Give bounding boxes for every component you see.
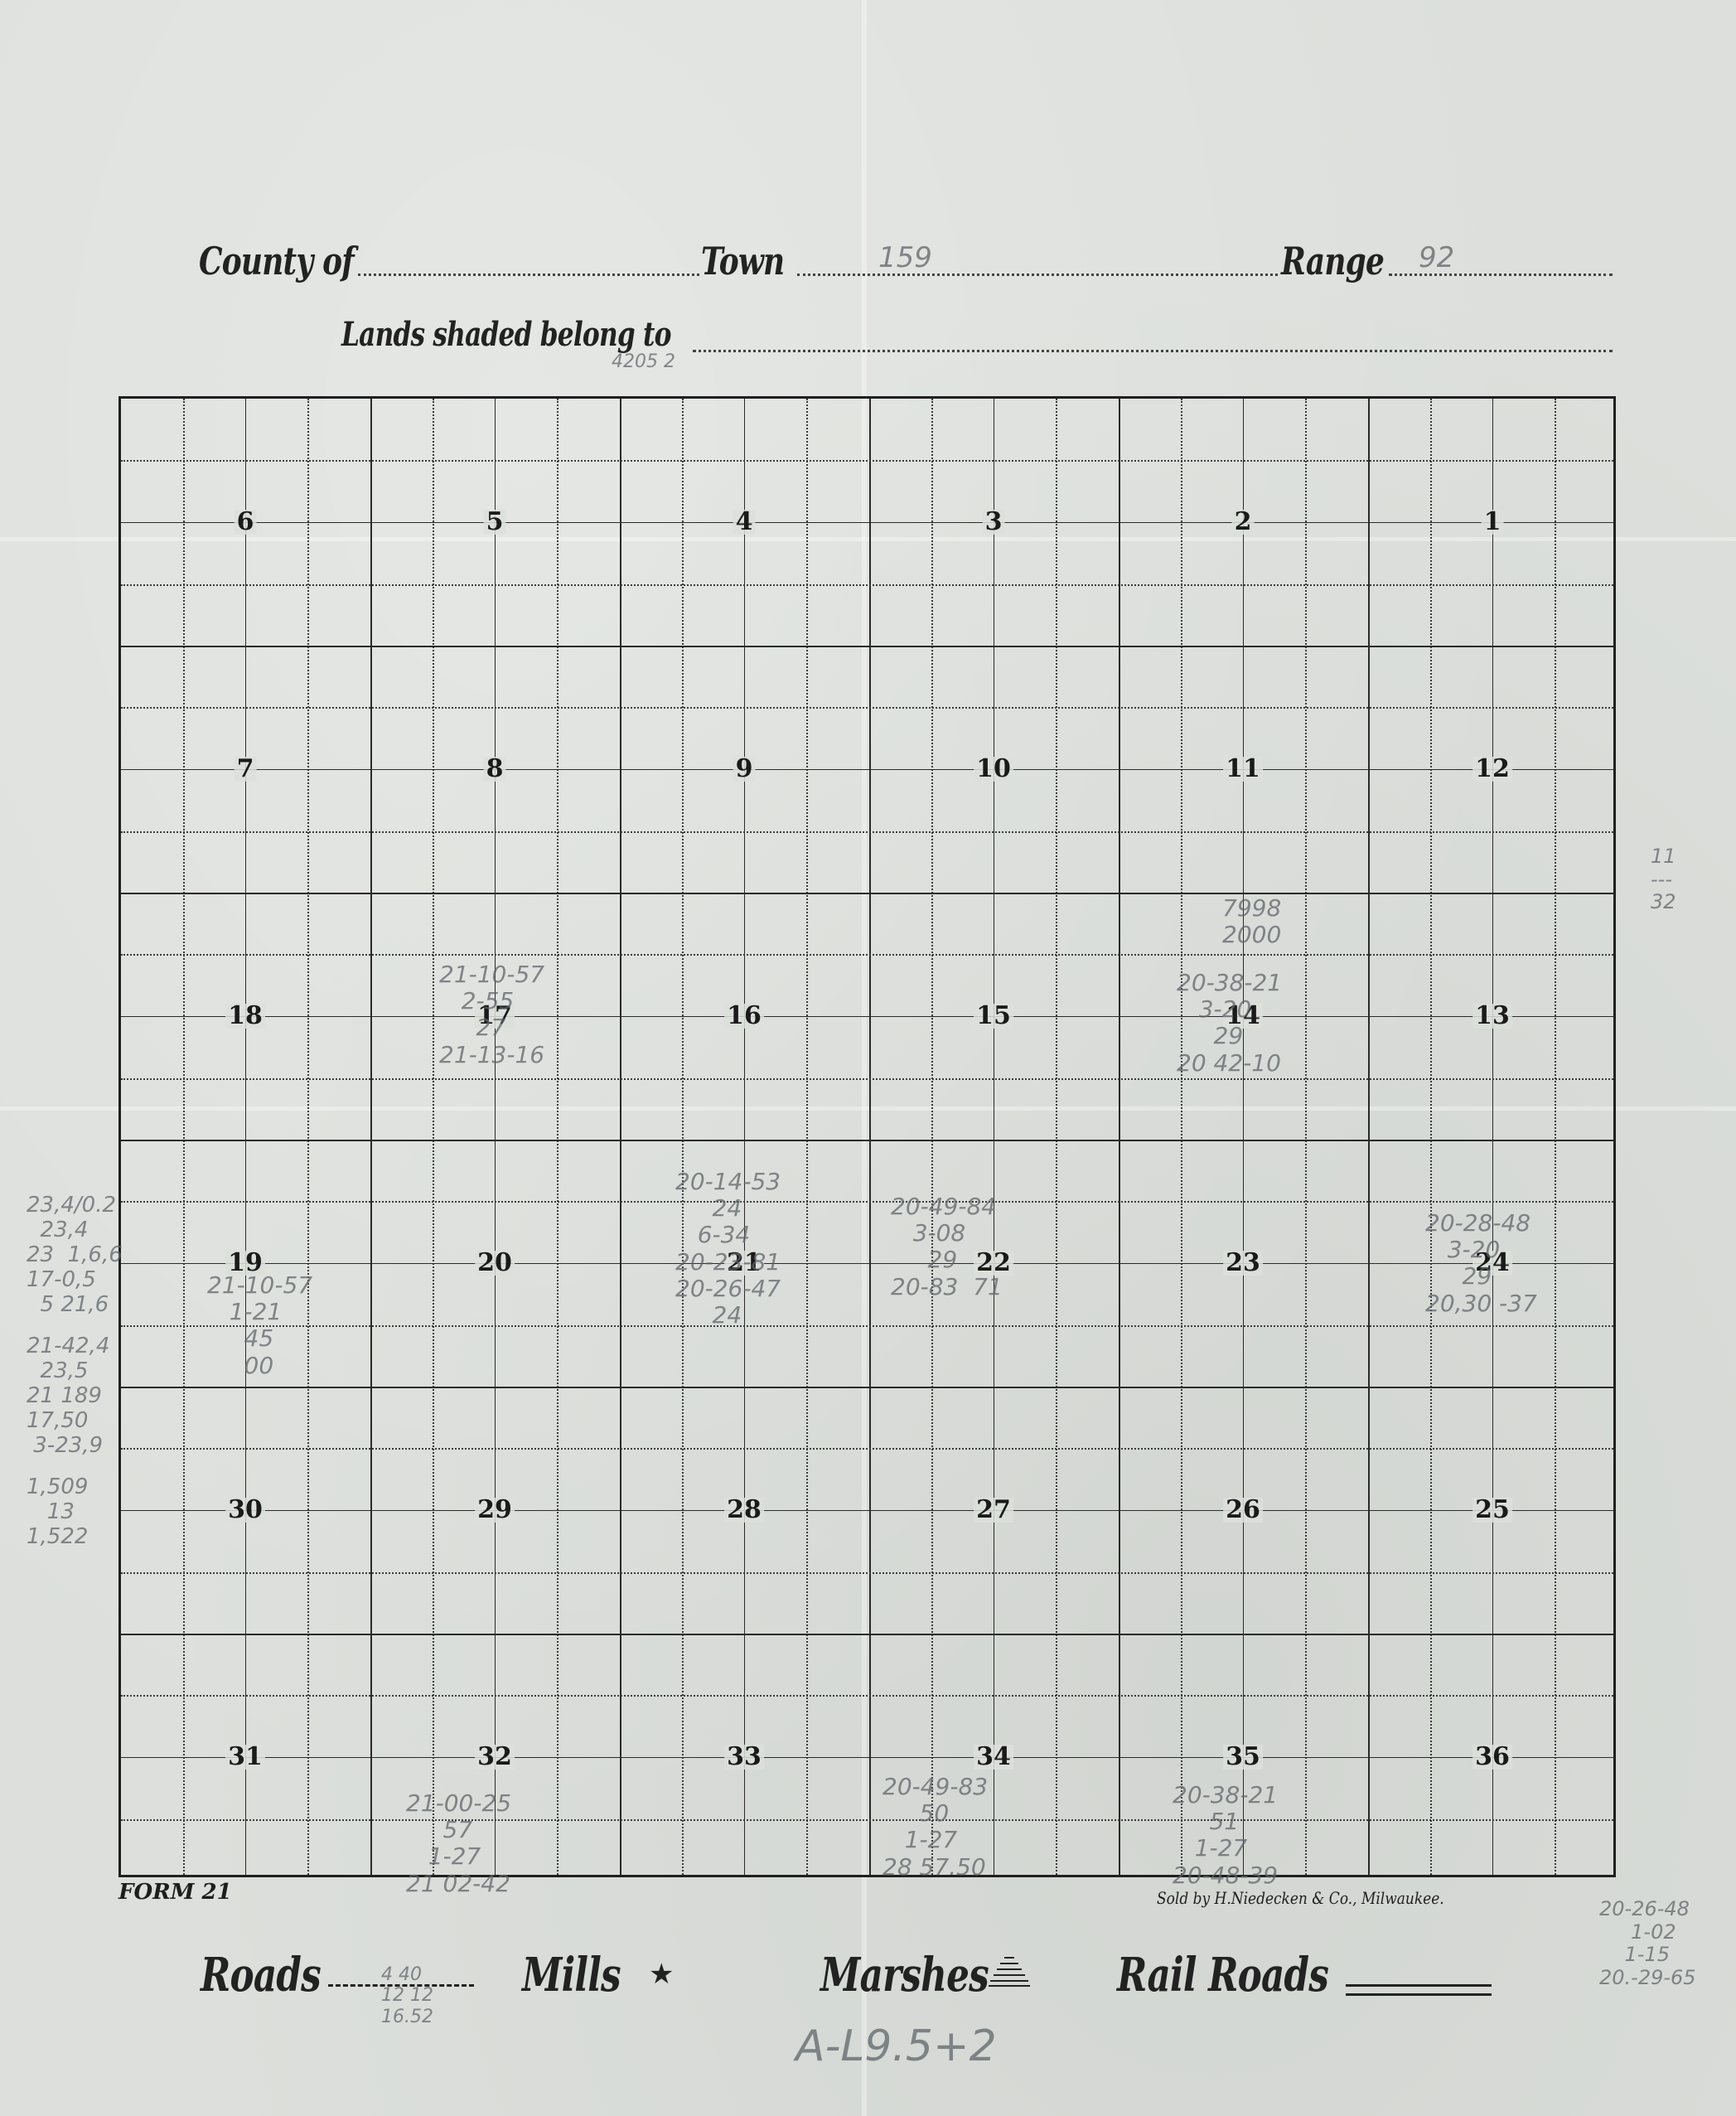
half-section-line (1492, 399, 1493, 1875)
county-field[interactable] (358, 274, 699, 276)
margin-calc-bottom: 1,509 13 1,522 (27, 1475, 88, 1550)
quarter-line (931, 399, 933, 1875)
quarter-line (121, 707, 1613, 709)
lands-shaded-field[interactable] (693, 350, 1613, 352)
quarter-line (1181, 399, 1182, 1875)
railroad-symbol-icon (1346, 1984, 1492, 1996)
section-line (121, 1387, 1613, 1388)
section-number: 16 (724, 1004, 764, 1029)
quarter-line (121, 1819, 1613, 1821)
half-section-line (994, 399, 994, 1875)
section-number: 15 (974, 1004, 1013, 1029)
section-number: 11 (1223, 757, 1263, 782)
section-line (370, 399, 372, 1875)
town-label: Town (701, 239, 784, 283)
pencil-note-sec21: 20-14-53 24 6-34 20-23-81 20-26-47 24 (675, 1169, 781, 1329)
publisher-credit: Sold by H.Niedecken & Co., Milwaukee. (1157, 1888, 1444, 1908)
section-number: 5 (484, 510, 506, 535)
legend-railroads-label: Rail Roads (1117, 1948, 1328, 2002)
section-number: 4 (733, 510, 756, 535)
pencil-note-sec34: 20-49-83 50 1-27 28 57.50 (883, 1774, 988, 1881)
margin-calc-bottom-right: 20-26-48 1-02 1-15 20.-29-65 (1599, 1898, 1696, 1989)
half-section-line (121, 1016, 1613, 1017)
section-number: 35 (1223, 1745, 1263, 1770)
section-number: 26 (1223, 1498, 1263, 1523)
pencil-note-sec22: 20-49-84 3-08 29 20-83 71 (891, 1194, 1003, 1300)
section-number: 36 (1472, 1745, 1512, 1770)
quarter-line (1056, 399, 1057, 1875)
range-label: Range (1281, 239, 1384, 283)
section-line (121, 1140, 1613, 1141)
half-section-line (121, 1757, 1613, 1758)
section-line (121, 646, 1613, 647)
half-section-line (121, 522, 1613, 523)
legend-mills-label: Mills (522, 1948, 621, 2002)
section-line (121, 1634, 1613, 1635)
mill-star-icon: ★ (649, 1958, 674, 1991)
county-label: County of (199, 239, 354, 283)
section-number: 25 (1472, 1498, 1512, 1523)
half-section-line (495, 399, 496, 1875)
quarter-line (121, 1201, 1613, 1203)
margin-calc-mid: 21-42,4 23,5 21 189 17,50 3-23,9 (27, 1334, 109, 1458)
quarter-line (557, 399, 559, 1875)
section-line (1368, 399, 1370, 1875)
quarter-line (121, 1448, 1613, 1450)
section-number: 32 (475, 1745, 515, 1770)
section-number: 30 (225, 1498, 265, 1523)
quarter-line (121, 1325, 1613, 1327)
half-section-line (245, 399, 246, 1875)
lands-note: 4205 2 (612, 351, 675, 372)
margin-fraction: 11 --- 32 (1651, 845, 1676, 914)
half-section-line (744, 399, 745, 1875)
section-number: 20 (475, 1251, 515, 1276)
quarter-line (121, 1695, 1613, 1697)
section-number: 10 (974, 757, 1013, 782)
section-number: 34 (974, 1745, 1013, 1770)
quarter-line (121, 460, 1613, 462)
quarter-line (121, 584, 1613, 586)
half-section-line (1243, 399, 1244, 1875)
quarter-line (1430, 399, 1432, 1875)
pencil-note-sec11: 7998 2000 (1222, 895, 1281, 948)
section-line (869, 399, 871, 1875)
pencil-note-sec14: 20-38-21 3-20 29 20 42-10 (1177, 970, 1282, 1077)
section-line (1119, 399, 1120, 1875)
section-number: 27 (974, 1498, 1013, 1523)
margin-note-bottom-center: A-L9.5+2 (795, 2022, 997, 2072)
quarter-line (433, 399, 434, 1875)
quarter-line (121, 831, 1613, 833)
quarter-line (806, 399, 808, 1875)
section-number: 12 (1472, 757, 1512, 782)
quarter-line (1555, 399, 1556, 1875)
pencil-note-sec19: 21-10-57 1-21 45 00 (207, 1272, 312, 1379)
quarter-line (121, 954, 1613, 956)
range-value: 92 (1419, 242, 1454, 274)
quarter-line (682, 399, 684, 1875)
section-number: 29 (475, 1498, 515, 1523)
section-number: 28 (724, 1498, 764, 1523)
section-number: 3 (983, 510, 1005, 535)
lands-shaded-label: Lands shaded belong to (341, 315, 671, 354)
margin-calc-top: 23,4/0.2 23,4 23 1,6,6 17-0,5 5 21,6 (27, 1194, 123, 1317)
pencil-note-sec32: 21-00-25 57 1-27 21 02-42 (406, 1790, 511, 1897)
half-section-line (121, 769, 1613, 770)
township-grid: 6 5 4 3 2 1 7 8 9 10 11 12 18 17 16 15 1… (118, 396, 1616, 1877)
pencil-note-sec35: 20-38-21 51 1-27 20-48-39 (1173, 1782, 1278, 1889)
section-number: 2 (1232, 510, 1255, 535)
section-line (620, 399, 621, 1875)
roads-symbol-icon (328, 1984, 474, 1987)
half-section-line (121, 1263, 1613, 1264)
marsh-symbol-icon (988, 1953, 1031, 1988)
quarter-line (1305, 399, 1307, 1875)
section-number: 23 (1223, 1251, 1263, 1276)
pencil-note-sec24: 20-28-48 3-20 29 20,30 -37 (1425, 1210, 1537, 1317)
section-line (121, 893, 1613, 894)
town-value: 159 (878, 242, 932, 274)
section-number: 1 (1482, 510, 1504, 535)
pencil-note-sec17: 21-10-57 2-55 27 21-13-16 (439, 961, 544, 1068)
section-number: 7 (235, 757, 257, 782)
half-section-line (121, 1510, 1613, 1511)
section-number: 13 (1472, 1004, 1512, 1029)
section-number: 18 (225, 1004, 265, 1029)
quarter-line (307, 399, 309, 1875)
quarter-line (121, 1078, 1613, 1080)
town-field[interactable] (797, 274, 1278, 276)
section-number: 8 (484, 757, 506, 782)
section-number: 31 (225, 1745, 265, 1770)
legend-roads-label: Roads (201, 1948, 321, 2002)
section-number: 33 (724, 1745, 764, 1770)
form-label: FORM 21 (118, 1880, 232, 1905)
quarter-line (183, 399, 185, 1875)
section-number: 6 (235, 510, 257, 535)
section-number: 9 (733, 757, 756, 782)
legend-marshes-label: Marshes (820, 1948, 989, 2002)
margin-note-bottom-small: 4 40 12 12 16.52 (381, 1964, 433, 2027)
quarter-line (121, 1572, 1613, 1574)
